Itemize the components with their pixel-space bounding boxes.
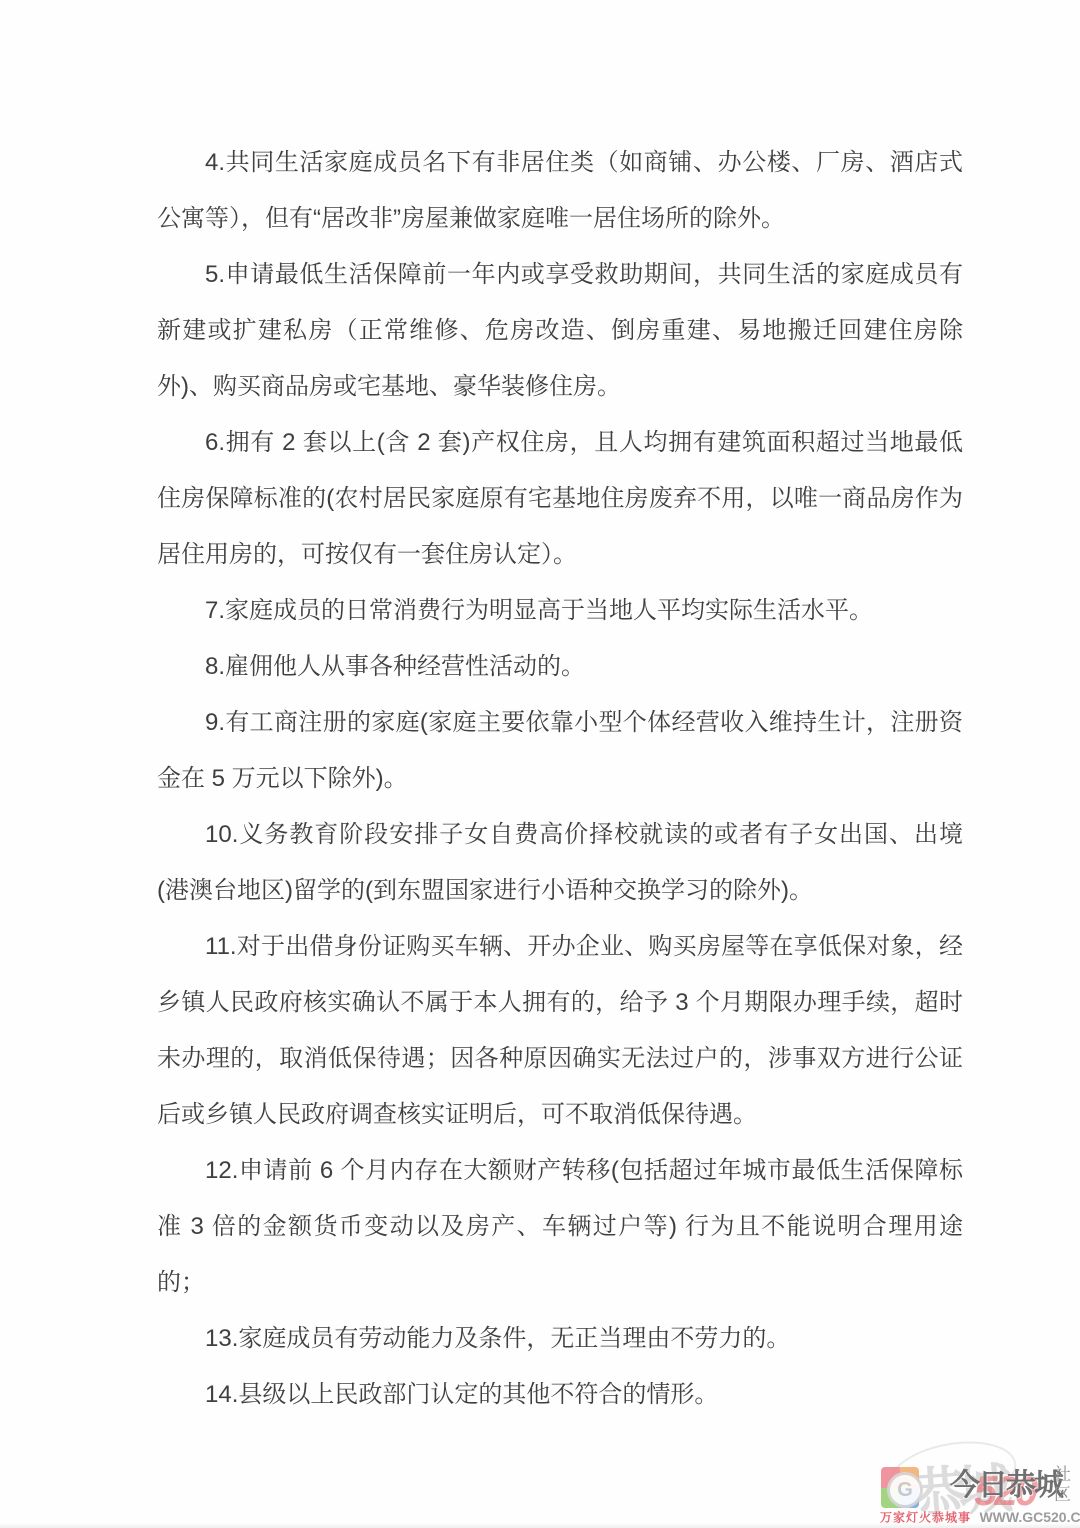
paragraph-item-8: 8.雇佣他人从事各种经营性活动的。 [157,639,963,695]
watermark-site-name: 今日恭城 [950,1460,1062,1504]
logo-g-swirl-icon: G [887,1472,923,1508]
paragraph-item-6: 6.拥有 2 套以上(含 2 套)产权住房，且人均拥有建筑面积超过当地最低住房保… [157,415,963,583]
document-page: 4.共同生活家庭成员名下有非居住类（如商铺、办公楼、厂房、酒店式公寓等），但有“… [0,0,1080,1528]
site-watermark: 恭城 G 520 今日恭城 社区 万家灯火恭城事 WWW.GC520.CN [860,1415,1080,1528]
document-body: 4.共同生活家庭成员名下有非居住类（如商铺、办公楼、厂房、酒店式公寓等），但有“… [157,135,963,1423]
paragraph-item-7: 7.家庭成员的日常消费行为明显高于当地人平均实际生活水平。 [157,583,963,639]
paragraph-item-10: 10.义务教育阶段安排子女自费高价择校就读的或者有子女出国、出境(港澳台地区)留… [157,807,963,919]
paragraph-item-14: 14.县级以上民政部门认定的其他不符合的情形。 [157,1367,963,1423]
paragraph-item-5: 5.申请最低生活保障前一年内或享受救助期间，共同生活的家庭成员有新建或扩建私房（… [157,247,963,415]
watermark-community-label: 社区 [1054,1465,1073,1505]
paragraph-item-11: 11.对于出借身份证购买车辆、开办企业、购买房屋等在享低保对象，经乡镇人民政府核… [157,919,963,1143]
paragraph-item-9: 9.有工商注册的家庭(家庭主要依靠小型个体经营收入维持生计，注册资金在 5 万元… [157,695,963,807]
watermark-url: WWW.GC520.CN [979,1509,1080,1525]
paragraph-item-4: 4.共同生活家庭成员名下有非居住类（如商铺、办公楼、厂房、酒店式公寓等），但有“… [157,135,963,247]
watermark-slogan: 万家灯火恭城事 [880,1510,971,1524]
paragraph-item-12: 12.申请前 6 个月内存在大额财产转移(包括超过年城市最低生活保障标准 3 倍… [157,1143,963,1311]
paragraph-item-13: 13.家庭成员有劳动能力及条件，无正当理由不劳力的。 [157,1311,963,1367]
watermark-bottom-line: 万家灯火恭城事 WWW.GC520.CN [880,1508,1080,1526]
